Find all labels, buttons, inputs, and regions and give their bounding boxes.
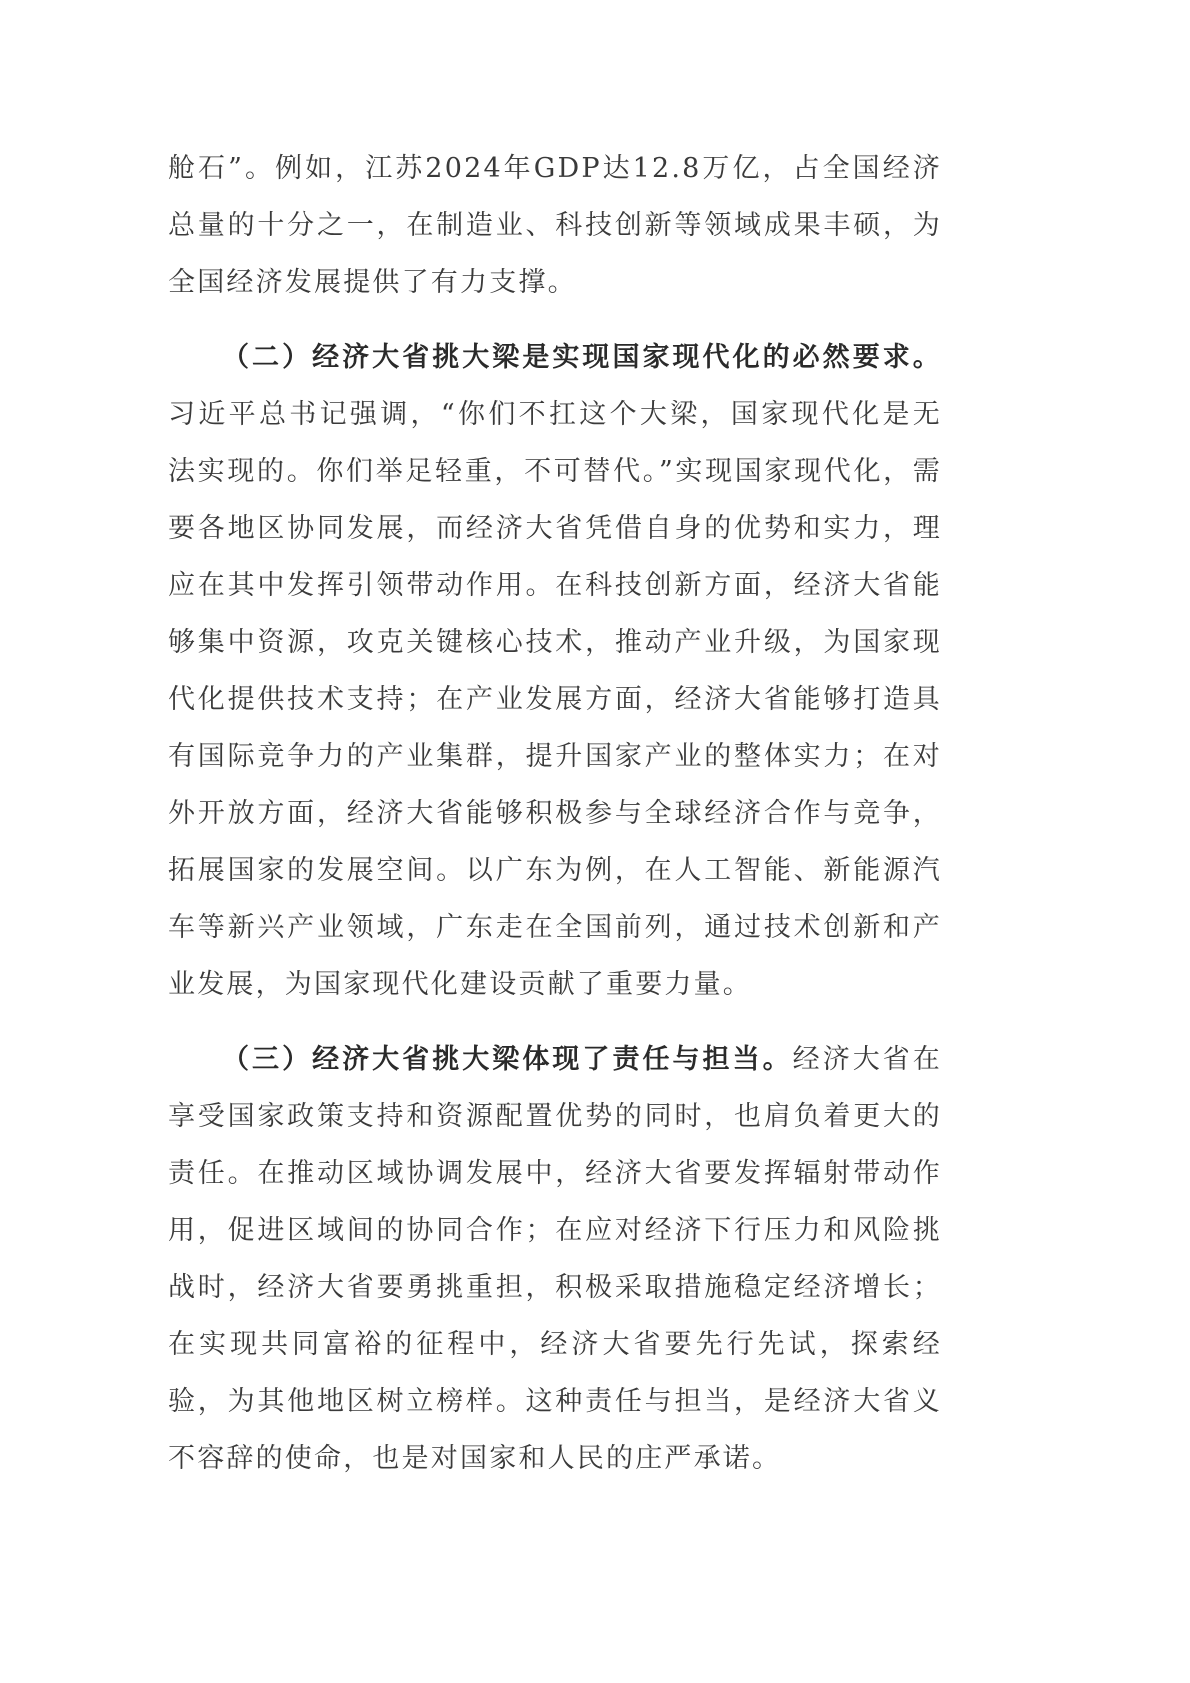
paragraph-text: 经济大省在享受国家政策支持和资源配置优势的同时，也肩负着更大的责任。在推动区域协… — [168, 1044, 942, 1474]
section-heading: （三）经济大省挑大梁体现了责任与担当。 — [222, 1044, 793, 1075]
paragraph-text: 习近平总书记强调，“你们不扛这个大梁，国家现代化是无法实现的。你们举足轻重，不可… — [168, 399, 942, 1000]
section-heading: （二）经济大省挑大梁是实现国家现代化的必然要求。 — [222, 342, 942, 373]
paragraph-text: 舱石”。例如，江苏2024年GDP达12.8万亿，占全国经济总量的十分之一，在制… — [168, 153, 942, 298]
paragraph-section-2: （二）经济大省挑大梁是实现国家现代化的必然要求。习近平总书记强调，“你们不扛这个… — [168, 329, 942, 1013]
paragraph-continuation: 舱石”。例如，江苏2024年GDP达12.8万亿，占全国经济总量的十分之一，在制… — [168, 140, 942, 311]
paragraph-section-3: （三）经济大省挑大梁体现了责任与担当。经济大省在享受国家政策支持和资源配置优势的… — [168, 1031, 942, 1487]
document-page: 舱石”。例如，江苏2024年GDP达12.8万亿，占全国经济总量的十分之一，在制… — [168, 140, 942, 1487]
